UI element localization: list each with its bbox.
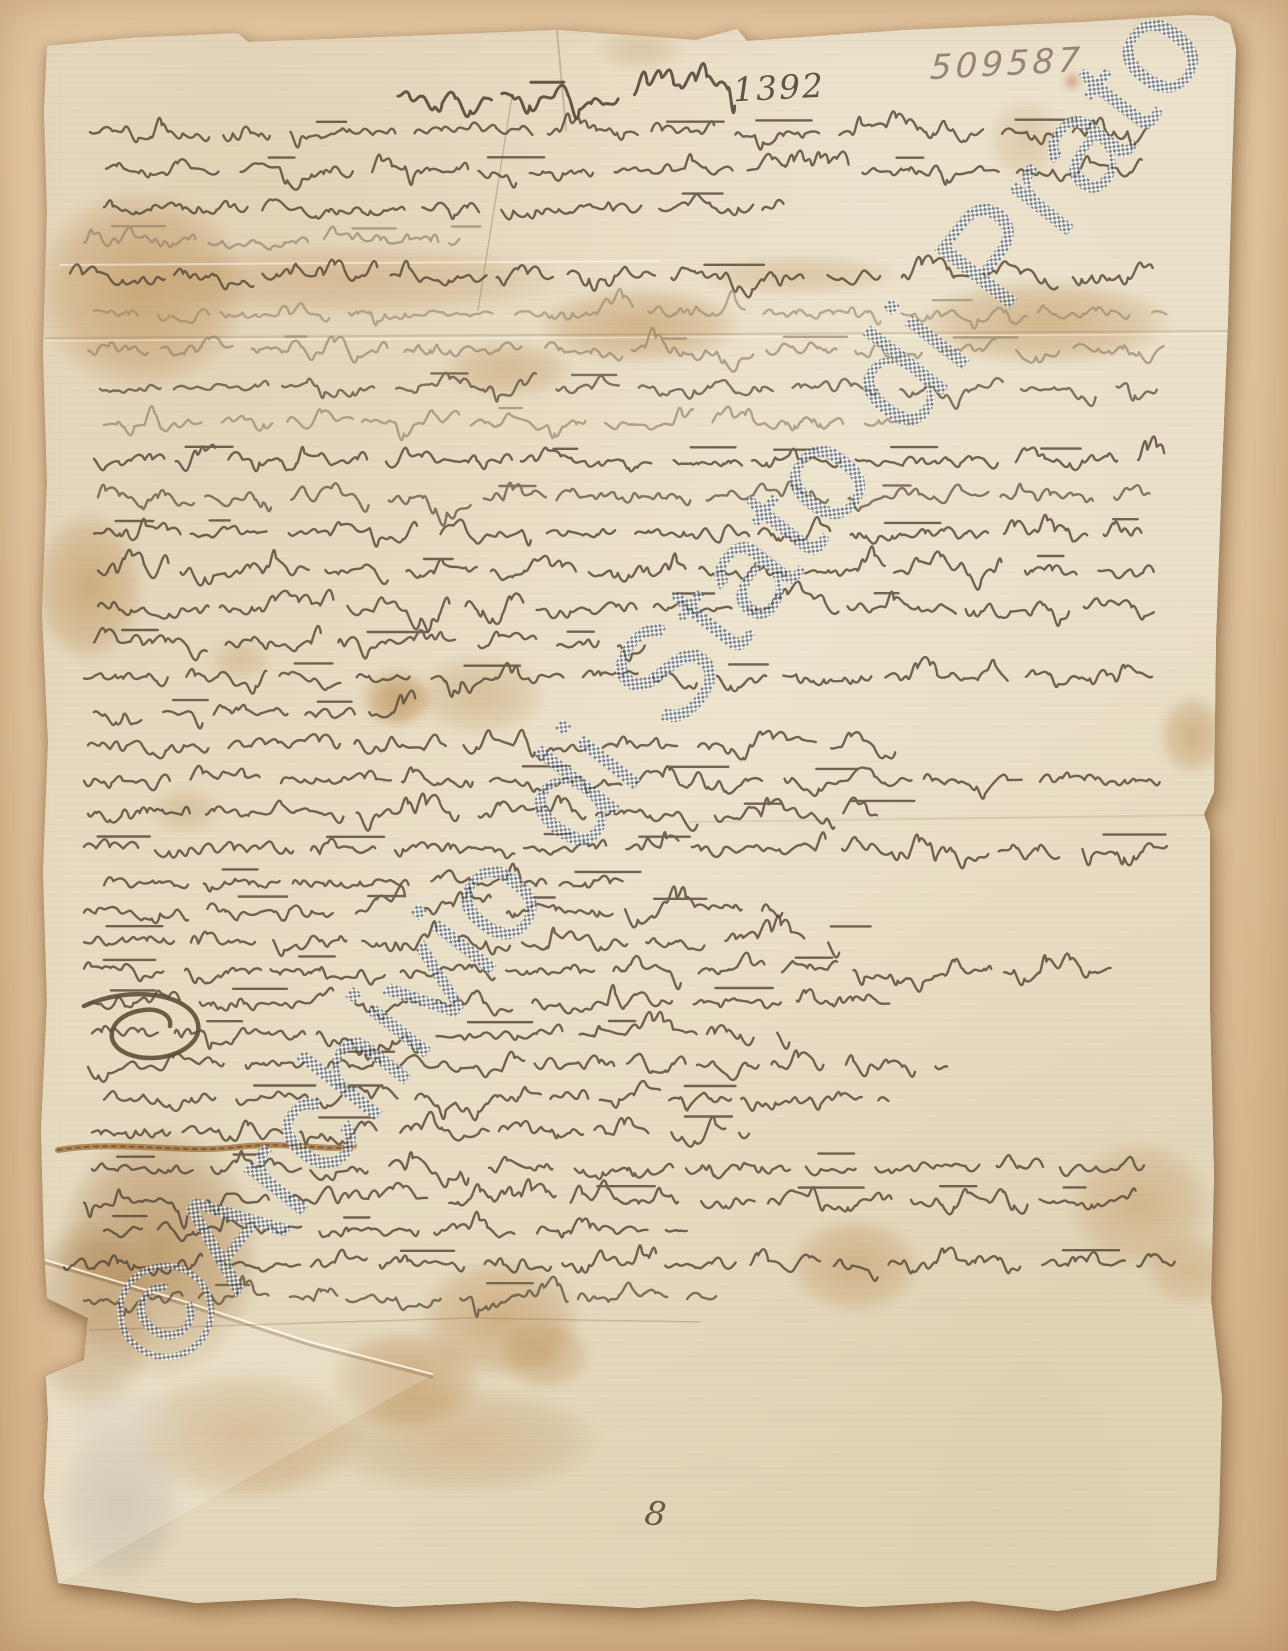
manuscript-paper: 1392 509587 8 ©Archivio di Stato di Prat… <box>0 0 1288 1651</box>
script-text-line <box>84 832 1167 868</box>
script-text-line <box>98 546 1154 589</box>
script-text-line <box>84 915 871 957</box>
script-text-line <box>104 194 784 220</box>
paper-sheet-shadow: 1392 509587 8 ©Archivio di Stato di Prat… <box>0 0 1288 1651</box>
script-text-line <box>94 626 645 661</box>
script-text-line <box>98 482 1149 526</box>
scanned-manuscript-page: { "document": { "kind": "handwritten-man… <box>0 0 1288 1651</box>
heading-year-text: 1392 <box>732 66 826 110</box>
script-text-line <box>70 256 1153 298</box>
script-text-line <box>92 1151 1144 1187</box>
script-text-line <box>84 657 1152 697</box>
script-text-line <box>100 373 1157 409</box>
script-text-line <box>94 436 1164 471</box>
script-text-line <box>104 1212 687 1241</box>
script-text-line <box>94 691 415 729</box>
script-text-line <box>84 953 1111 992</box>
script-text-line <box>84 226 480 249</box>
script-text-line <box>88 794 914 831</box>
script-text-line <box>104 406 914 440</box>
script-text-line <box>84 1179 1136 1228</box>
script-text-line <box>88 328 1164 372</box>
script-text-line <box>64 1245 1175 1281</box>
archive-number-pencil: 509587 <box>929 40 1085 88</box>
script-text-line <box>90 111 1149 149</box>
script-text-line <box>94 289 1167 329</box>
script-text-line <box>94 515 1141 547</box>
script-text-line <box>88 1050 947 1081</box>
script-text-line <box>92 1112 749 1147</box>
script-text-line <box>84 766 1160 799</box>
script-text-line <box>84 1276 716 1317</box>
script-text-line <box>104 864 640 892</box>
script-text-line <box>104 1081 888 1120</box>
handwriting-lines <box>0 0 1288 1651</box>
script-heading-line <box>398 64 735 119</box>
script-text-line <box>88 985 889 1019</box>
script-text-line <box>98 582 1154 631</box>
script-text-line <box>106 151 1142 190</box>
script-text-line <box>88 730 895 760</box>
script-text-line <box>92 1012 789 1060</box>
